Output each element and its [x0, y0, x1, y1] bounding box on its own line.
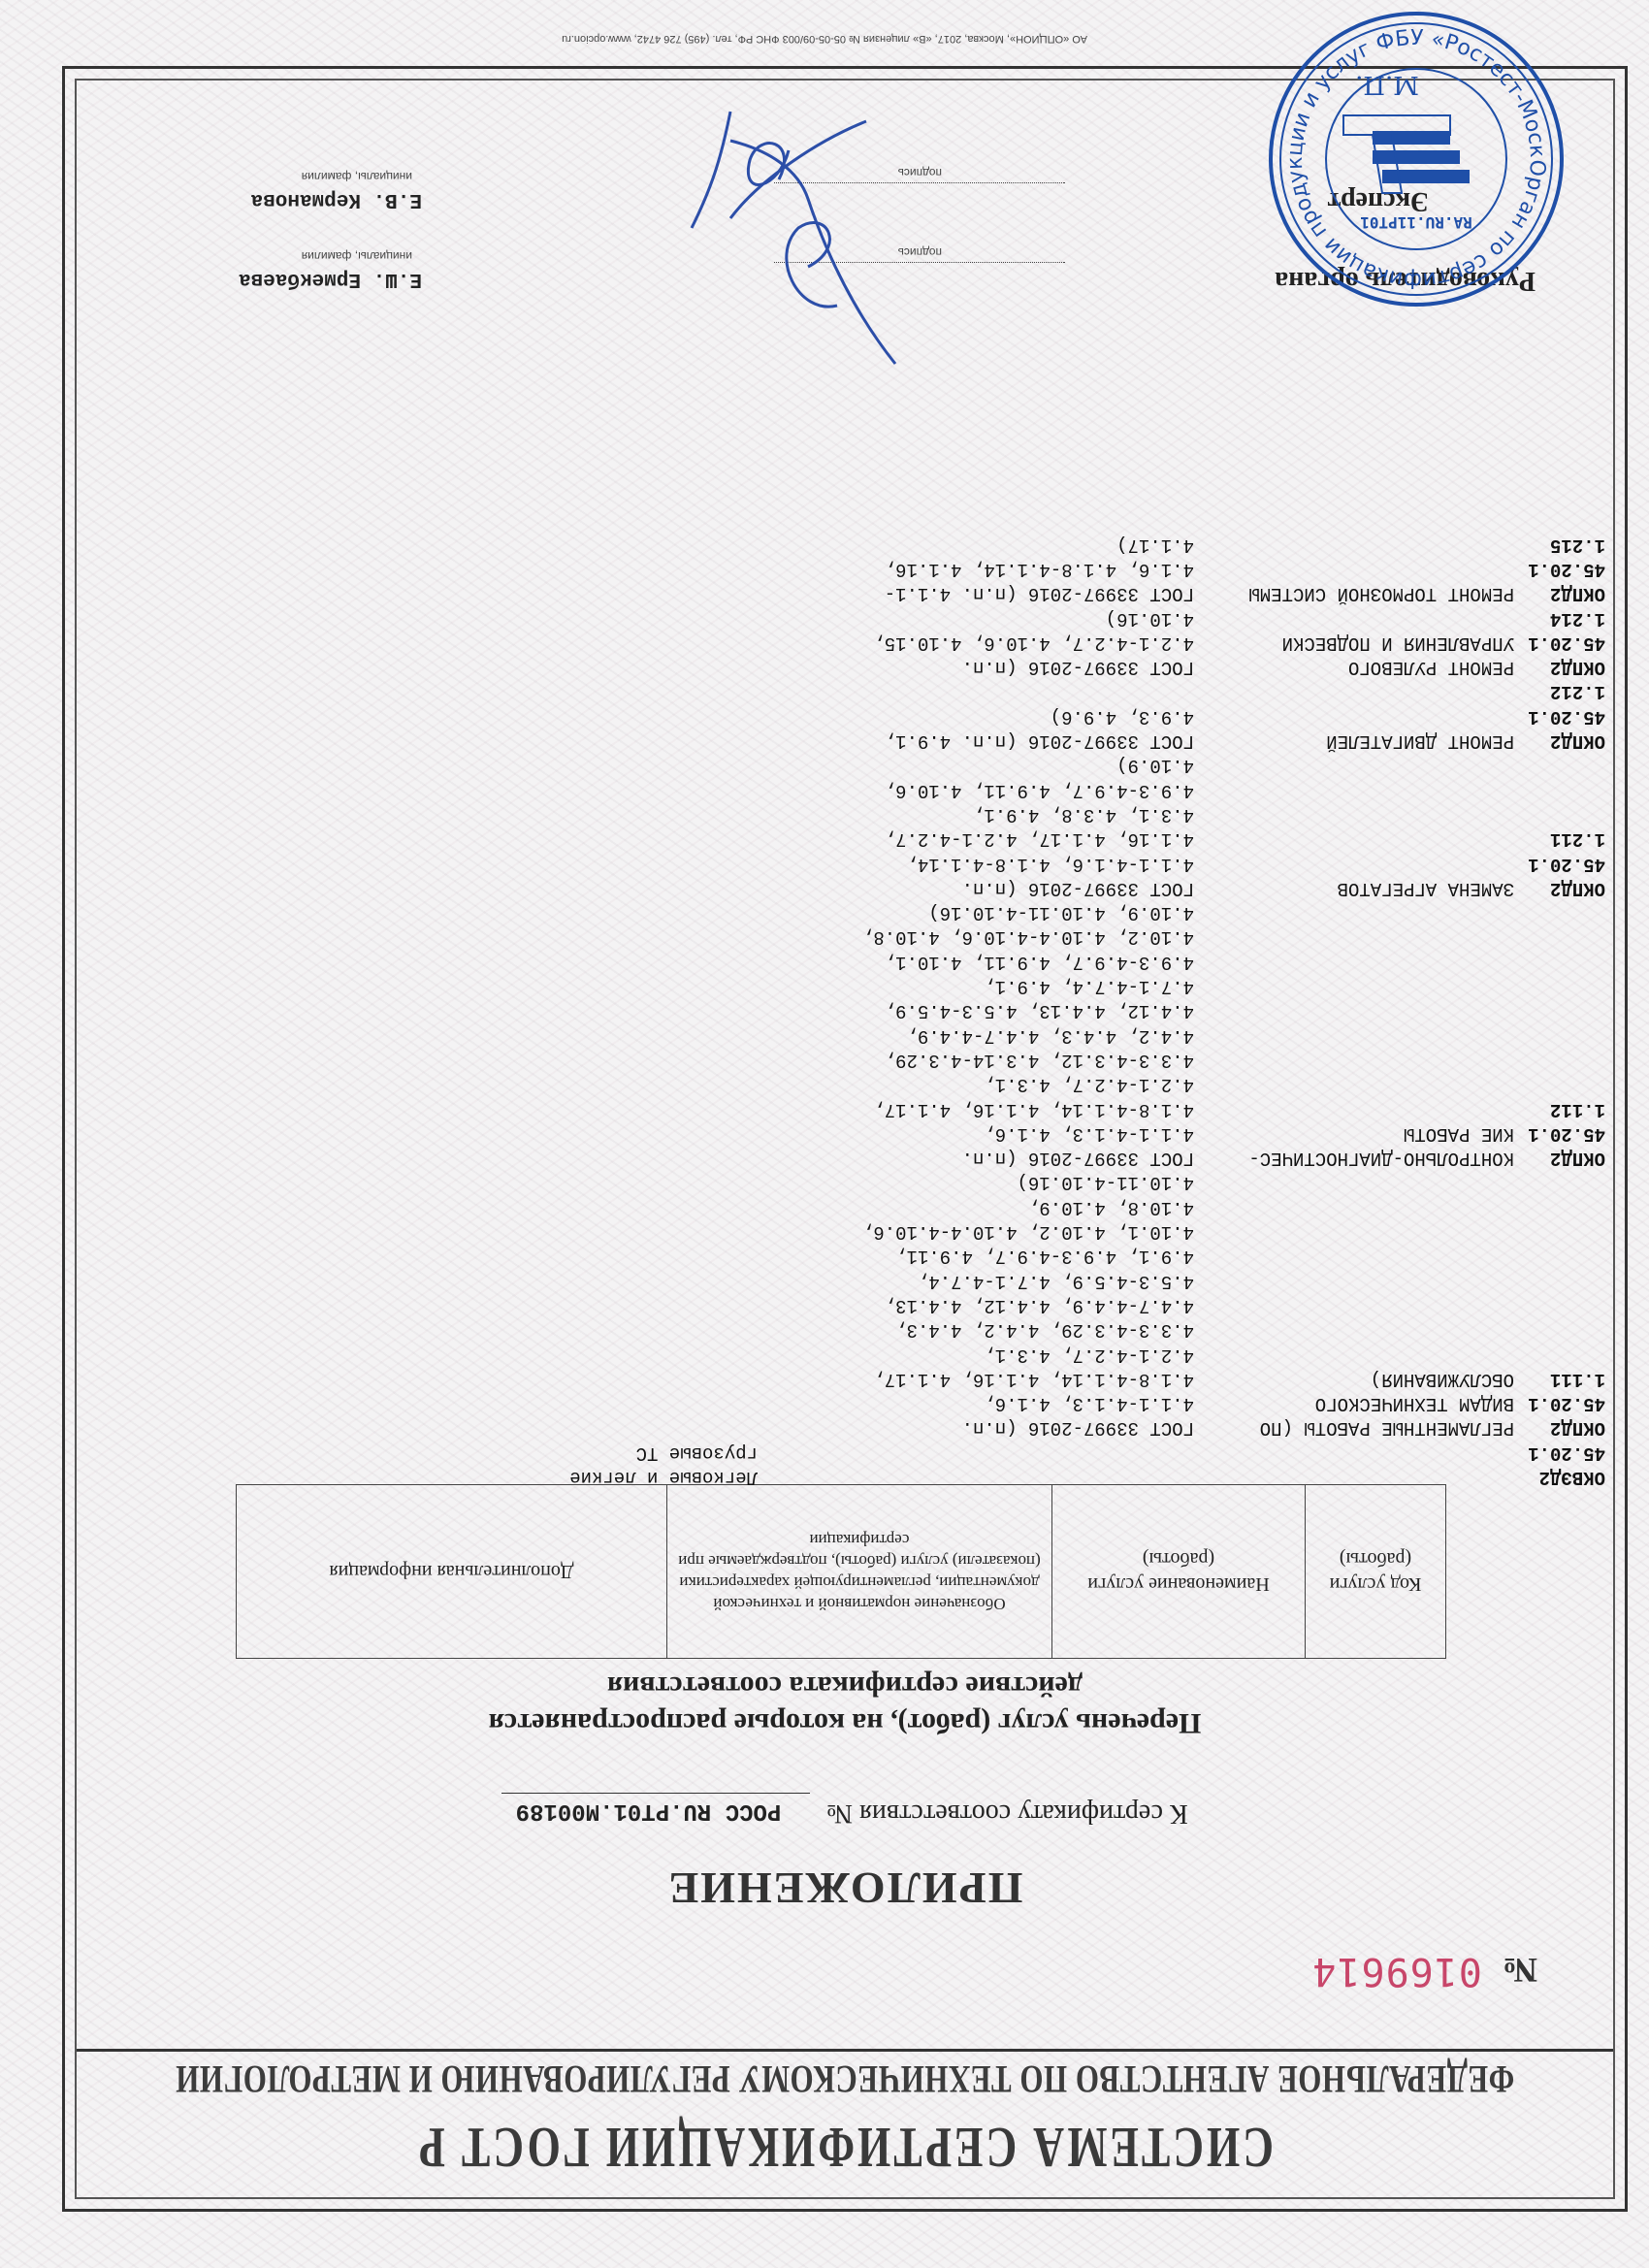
- expert-signature-icon: [682, 102, 876, 238]
- header-norm-docs: Обозначение нормативной и технической до…: [667, 1485, 1052, 1659]
- list-title-line-1: Перечень услуг (работ), на которые распр…: [77, 1704, 1613, 1741]
- page-frame: СИСТЕМА СЕРТИФИКАЦИИ ГОСТ Р ФЕДЕРАЛЬНОЕ …: [62, 66, 1628, 2212]
- row-code: ОКПД2 45.20.1 1.215: [1528, 532, 1605, 605]
- row-name: РЕМОНТ РУЛЕВОГО УПРАВЛЕНИЯ И ПОДВЕСКИ: [1194, 605, 1514, 679]
- row-code: ОКПД2 45.20.1 1.212: [1528, 679, 1605, 753]
- header-additional-info: Дополнительная информация: [237, 1485, 667, 1659]
- system-title: СИСТЕМА СЕРТИФИКАЦИИ ГОСТ Р: [77, 2114, 1613, 2181]
- certificate-appendix-sheet: СИСТЕМА СЕРТИФИКАЦИИ ГОСТ Р ФЕДЕРАЛЬНОЕ …: [0, 0, 1649, 2268]
- okved-row: ОКВЭД2 45.20.1 Легковые и легкие грузовы…: [247, 1440, 1605, 1489]
- okved-additional: Легковые и легкие грузовые ТС: [247, 1440, 758, 1489]
- head-name: Е.Ш. Ермекбаева: [239, 268, 422, 290]
- row-code: ОКПД2 45.20.1 1.112: [1528, 900, 1605, 1170]
- blank-number-label: №: [1503, 1951, 1537, 1990]
- certificate-number: РОСС RU.РТ01.М00189: [501, 1793, 810, 1824]
- blank-number-value: 0169614: [1311, 1949, 1482, 1993]
- certificate-reference: К сертификату соответствия № РОСС RU.РТ0…: [77, 1793, 1613, 1829]
- blank-number: № 0169614: [1311, 1949, 1537, 1993]
- row-norm-docs: ГОСТ 33997-2016 (п.п. 4.1.1-4.1.6, 4.1.8…: [758, 753, 1194, 900]
- list-title: Перечень услуг (работ), на которые распр…: [77, 1668, 1613, 1741]
- printer-imprint: АО «ОПЦИОН», Москва, 2017, «В» лицензия …: [0, 33, 1649, 45]
- okved-code: ОКВЭД2 45.20.1: [1528, 1440, 1605, 1489]
- row-name: РЕМОНТ ТОРМОЗНОЙ СИСТЕМЫ: [1194, 532, 1514, 605]
- row-norm-docs: ГОСТ 33997-2016 (п.п. 4.1.1-4.1.3, 4.1.6…: [758, 1170, 1194, 1440]
- row-code: ОКПД2 45.20.1 1.211: [1528, 753, 1605, 900]
- svg-text:RA.RU.11РТ01: RA.RU.11РТ01: [1360, 213, 1472, 232]
- row-name: РЕМОНТ ДВИГАТЕЛЕЙ: [1194, 679, 1514, 753]
- row-norm-docs: ГОСТ 33997-2016 (п.п. 4.2.1-4.2.7, 4.10.…: [758, 605, 1194, 679]
- row-name: РЕГЛАМЕНТНЫЕ РАБОТЫ (ПО ВИДАМ ТЕХНИЧЕСКО…: [1194, 1170, 1514, 1440]
- table-row: ОКПД2 45.20.1 1.212РЕМОНТ ДВИГАТЕЛЕЙГОСТ…: [247, 679, 1605, 753]
- table-row: ОКПД2 45.20.1 1.211ЗАМЕНА АГРЕГАТОВГОСТ …: [247, 753, 1605, 900]
- services-table-header: Код услуги (работы) Наименование услуги …: [236, 1484, 1446, 1659]
- page-frame-inner: СИСТЕМА СЕРТИФИКАЦИИ ГОСТ Р ФЕДЕРАЛЬНОЕ …: [75, 79, 1615, 2199]
- list-title-line-2: действие сертификата соответствия: [77, 1668, 1613, 1704]
- row-norm-docs: ГОСТ 33997-2016 (п.п. 4.1.1- 4.1.6, 4.1.…: [758, 532, 1194, 605]
- agency-name: ФЕДЕРАЛЬНОЕ АГЕНТСТВО ПО ТЕХНИЧЕСКОМУ РЕ…: [77, 2057, 1613, 2102]
- certificate-reference-label: К сертификату соответствия №: [826, 1798, 1187, 1829]
- row-code: ОКПД2 45.20.1 1.214: [1528, 605, 1605, 679]
- svg-text:М.П.: М.П.: [1355, 70, 1419, 99]
- header-code: Код услуги (работы): [1306, 1485, 1446, 1659]
- page-title: ПРИЛОЖЕНИЕ: [77, 1863, 1613, 1914]
- header-divider: [77, 2049, 1613, 2052]
- table-row: ОКПД2 45.20.1 1.112КОНТРОЛЬНО-ДИАГНОСТИЧ…: [247, 900, 1605, 1170]
- expert-name-caption: инициалы, фамилия: [302, 170, 412, 183]
- table-row: ОКПД2 45.20.1 1.215РЕМОНТ ТОРМОЗНОЙ СИСТ…: [247, 532, 1605, 605]
- row-name: ЗАМЕНА АГРЕГАТОВ: [1194, 753, 1514, 900]
- table-row: ОКПД2 45.20.1 1.111РЕГЛАМЕНТНЫЕ РАБОТЫ (…: [247, 1170, 1605, 1440]
- services-table-body: ОКВЭД2 45.20.1 Легковые и легкие грузовы…: [247, 532, 1605, 1489]
- expert-name: Е.В. Керманова: [251, 188, 422, 211]
- official-stamp-icon: Орган по сертификации продукции и услуг …: [1266, 9, 1567, 309]
- row-code: ОКПД2 45.20.1 1.111: [1528, 1170, 1605, 1440]
- header-name: Наименование услуги (работы): [1052, 1485, 1306, 1659]
- row-name: КОНТРОЛЬНО-ДИАГНОСТИЧЕС- КИЕ РАБОТЫ: [1194, 900, 1514, 1170]
- head-name-caption: инициалы, фамилия: [302, 249, 412, 263]
- row-norm-docs: ГОСТ 33997-2016 (п.п. 4.9.1, 4.9.3, 4.9.…: [758, 679, 1194, 753]
- table-row: ОКПД2 45.20.1 1.214РЕМОНТ РУЛЕВОГО УПРАВ…: [247, 605, 1605, 679]
- row-norm-docs: ГОСТ 33997-2016 (п.п. 4.1.1-4.1.3, 4.1.6…: [758, 900, 1194, 1170]
